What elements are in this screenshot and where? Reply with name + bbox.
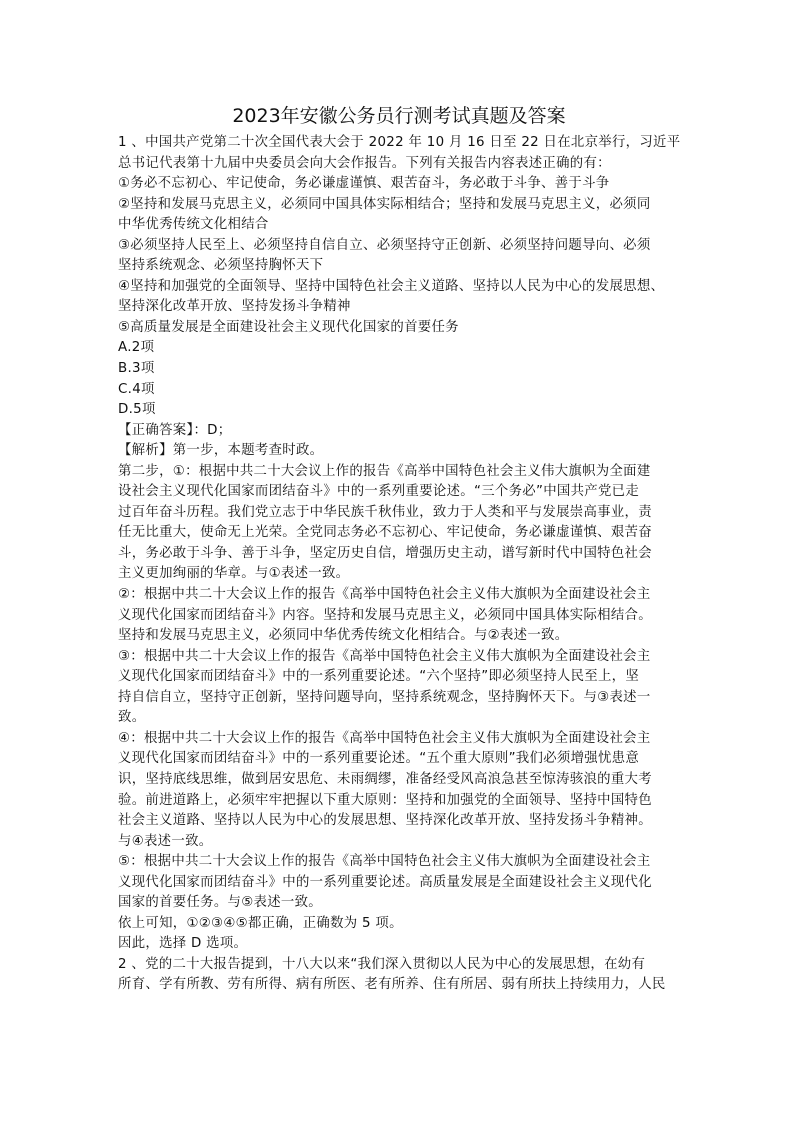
analysis-line: 设社会主义现代化国家而团结奋斗》中的一系列重要论述。“三个务必”中国共产党已走: [118, 482, 680, 503]
analysis-line: 过百年奋斗历程。我们党立志于中华民族千秋伟业，致力于人类和平与发展崇高事业，责: [118, 503, 680, 524]
option-b: B.3项: [118, 359, 680, 380]
analysis-line: 持自信自立，坚持守正创新，坚持问题导向，坚持系统观念，坚持胸怀天下。与③表述一: [118, 688, 680, 709]
analysis-line: ③：根据中共二十大会议上作的报告《高举中国特色社会主义伟大旗帜为全面建设社会主: [118, 647, 680, 668]
statement-4: ④坚持和加强党的全面领导、坚持中国特色社会主义道路、坚持以人民为中心的发展思想、: [118, 277, 680, 298]
analysis-line: ⑤：根据中共二十大会议上作的报告《高举中国特色社会主义伟大旗帜为全面建设社会主: [118, 852, 680, 873]
analysis-line: 国家的首要任务。与⑤表述一致。: [118, 893, 680, 914]
question-2: 2 、党的二十大报告提到，十八大以来“我们深入贯彻以人民为中心的发展思想，在幼有…: [118, 955, 680, 996]
option-d: D.5项: [118, 400, 680, 421]
document-page: 2023年安徽公务员行测考试真题及答案 1 、中国共产党第二十次全国代表大会于 …: [118, 103, 680, 996]
analysis-line: 义现代化国家而团结奋斗》内容。坚持和发展马克思主义，必须同中国具体实际相结合。: [118, 606, 680, 627]
statement-3: ③必须坚持人民至上、必须坚持自信自立、必须坚持守正创新、必须坚持问题导向、必须: [118, 236, 680, 257]
analysis-line: 义现代化国家而团结奋斗》中的一系列重要论述。高质量发展是全面建设社会主义现代化: [118, 873, 680, 894]
question-stem-line: 2 、党的二十大报告提到，十八大以来“我们深入贯彻以人民为中心的发展思想，在幼有: [118, 955, 680, 976]
correct-answer: 【正确答案】：D；: [118, 421, 680, 442]
analysis-line: 依上可知，①②③④⑤都正确，正确数为 5 项。: [118, 914, 680, 935]
analysis-line: 识，坚持底线思维，做到居安思危、未雨绸缪，准备经受风高浪急甚至惊涛骇浪的重大考: [118, 770, 680, 791]
analysis-line: ④：根据中共二十大会议上作的报告《高举中国特色社会主义伟大旗帜为全面建设社会主: [118, 729, 680, 750]
analysis-line: 任无比重大，使命无上光荣。全党同志务必不忘初心、牢记使命，务必谦虚谨慎、艰苦奋: [118, 523, 680, 544]
statement-2-cont: 中华优秀传统文化相结合: [118, 215, 680, 236]
statement-5: ⑤高质量发展是全面建设社会主义现代化国家的首要任务: [118, 318, 680, 339]
analysis-line: 因此，选择 D 选项。: [118, 934, 680, 955]
analysis-line: 社会主义道路、坚持以人民为中心的发展思想、坚持深化改革开放、坚持发扬斗争精神。: [118, 811, 680, 832]
question-stem-line: 1 、中国共产党第二十次全国代表大会于 2022 年 10 月 16 日至 22…: [118, 133, 680, 154]
statement-1: ①务必不忘初心、牢记使命，务必谦虚谨慎、艰苦奋斗，务必敢于斗争、善于斗争: [118, 174, 680, 195]
question-1: 1 、中国共产党第二十次全国代表大会于 2022 年 10 月 16 日至 22…: [118, 133, 680, 955]
analysis-line: 义现代化国家而团结奋斗》中的一系列重要论述。“六个坚持”即必须坚持人民至上，坚: [118, 667, 680, 688]
document-title: 2023年安徽公务员行测考试真题及答案: [118, 103, 680, 129]
analysis-line: 【解析】第一步，本题考查时政。: [118, 441, 680, 462]
statement-2: ②坚持和发展马克思主义，必须同中国具体实际相结合；坚持和发展马克思主义，必须同: [118, 195, 680, 216]
analysis-line: 与④表述一致。: [118, 832, 680, 853]
analysis-line: 验。前进道路上，必须牢牢把握以下重大原则：坚持和加强党的全面领导、坚持中国特色: [118, 791, 680, 812]
analysis-line: 主义更加绚丽的华章。与①表述一致。: [118, 564, 680, 585]
analysis-line: 坚持和发展马克思主义，必须同中华优秀传统文化相结合。与②表述一致。: [118, 626, 680, 647]
option-c: C.4项: [118, 380, 680, 401]
statement-3-cont: 坚持系统观念、必须坚持胸怀天下: [118, 256, 680, 277]
analysis-line: 致。: [118, 708, 680, 729]
statement-4-cont: 坚持深化改革开放、坚持发扬斗争精神: [118, 297, 680, 318]
analysis-line: 义现代化国家而团结奋斗》中的一系列重要论述。“五个重大原则”我们必须增强忧患意: [118, 749, 680, 770]
analysis-line: ②：根据中共二十大会议上作的报告《高举中国特色社会主义伟大旗帜为全面建设社会主: [118, 585, 680, 606]
analysis-line: 斗，务必敢于斗争、善于斗争，坚定历史自信，增强历史主动，谱写新时代中国特色社会: [118, 544, 680, 565]
question-stem-line: 总书记代表第十九届中央委员会向大会作报告。下列有关报告内容表述正确的有：: [118, 154, 680, 175]
option-a: A.2项: [118, 338, 680, 359]
question-stem-line: 所育、学有所教、劳有所得、病有所医、老有所养、住有所居、弱有所扶上持续用力，人民: [118, 975, 680, 996]
analysis-line: 第二步，①：根据中共二十大会议上作的报告《高举中国特色社会主义伟大旗帜为全面建: [118, 462, 680, 483]
